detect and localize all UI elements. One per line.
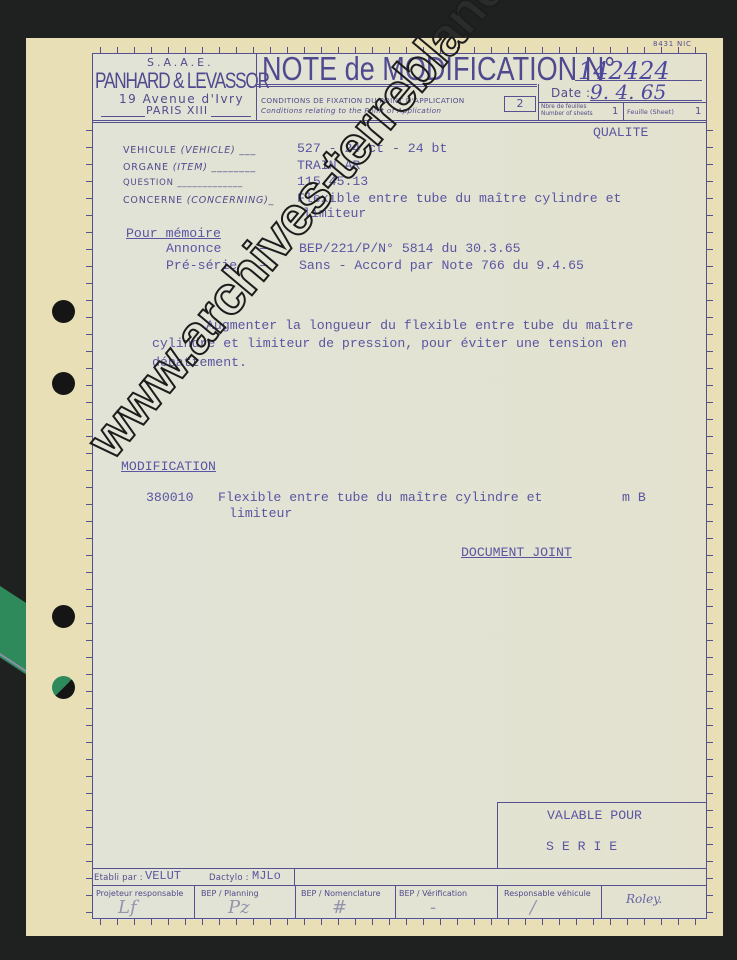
validity-label: VALABLE POUR <box>547 808 642 823</box>
punch-hole <box>52 300 75 323</box>
validity-box-top <box>497 802 707 803</box>
memo-value-preseries: Sans - Accord par Note 766 du 9.4.65 <box>299 258 584 273</box>
field-label-item: ORGANE (ITEM) ________ <box>123 162 256 173</box>
validity-value: S E R I E <box>546 839 617 854</box>
signature-designer: Lf <box>118 897 137 918</box>
validity-box-left <box>497 802 498 868</box>
signature-nomenclature: # <box>332 897 347 918</box>
punch-hole <box>52 372 75 395</box>
conditions-value-box: 2 <box>504 96 536 112</box>
signature-planning: Pz <box>228 897 250 918</box>
memo-title: Pour mémoire <box>126 226 221 241</box>
sheets-label: Nbre de feuilles <box>541 104 586 110</box>
body-line-1: Augmenter la longueur du flexible entre … <box>206 318 633 333</box>
company-name: PANHARD & LEVASSOR <box>95 68 269 94</box>
quality-stamp: QUALITE <box>593 125 648 140</box>
field-label-vehicle: VEHICULE (VEHICLE) ___ <box>123 145 256 156</box>
modification-desc: Flexible entre tube du maître cylindre e… <box>218 490 542 505</box>
established-by-value: VELUT <box>145 869 181 883</box>
established-by-label: Etabli par : <box>94 873 143 883</box>
frame-right <box>706 53 707 919</box>
field-label-question: QUESTION _____________ <box>123 178 243 188</box>
memo-value-announce: BEP/221/P/N° 5814 du 30.3.65 <box>299 241 521 256</box>
sheet-label: Feuille (Sheet) <box>627 108 674 116</box>
header-divider <box>256 54 257 120</box>
company-city: PARIS XIII <box>146 104 208 117</box>
typist-label: Dactylo : <box>209 873 249 883</box>
form-code: 8431 NIC <box>653 40 692 48</box>
modification-title: MODIFICATION <box>121 459 216 474</box>
modification-code: 380010 <box>146 490 193 505</box>
date-label: Date : <box>551 86 591 100</box>
sheets-label-en: Number of sheets <box>541 111 593 117</box>
sheets-value: 1 <box>612 106 619 117</box>
signature-label-designer: Projeteur responsable <box>96 889 183 898</box>
sheet-value: 1 <box>695 106 702 117</box>
company-block: S.A.A.E. PANHARD & LEVASSOR 19 Avenue d'… <box>93 54 256 120</box>
frame-left <box>92 53 93 919</box>
memo-label-announce: Annonce <box>166 241 221 256</box>
typist-value: MJLo <box>252 869 281 883</box>
punch-hole <box>52 605 75 628</box>
attachment-label: DOCUMENT JOINT <box>461 545 572 560</box>
signature-extra: Roley. <box>626 892 662 906</box>
modification-desc-2: limiteur <box>229 506 292 521</box>
modification-mark: m B <box>622 490 646 505</box>
signature-verification: - <box>430 897 436 918</box>
punch-hole <box>52 676 75 699</box>
signature-label-vehicle: Responsable véhicule <box>504 889 591 898</box>
signature-vehicle: / <box>530 897 536 918</box>
field-label-concerning: CONCERNE (CONCERNING)_ <box>123 195 274 206</box>
